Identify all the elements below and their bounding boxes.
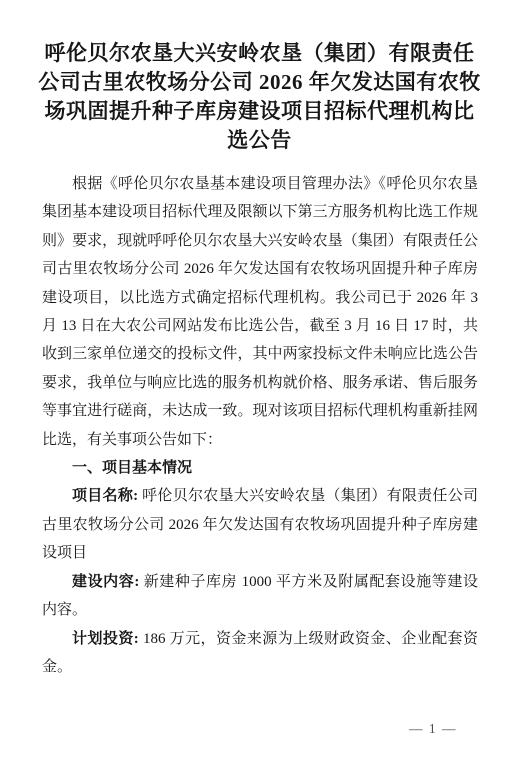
project-name-label: 项目名称: [72,488,138,504]
intro-paragraph: 根据《呼伦贝尔农垦基本建设项目管理办法》《呼伦贝尔农垦集团基本建设项目招标代理及… [42,170,478,454]
section-1-heading: 一、项目基本情况 [42,454,478,482]
investment-paragraph: 计划投资: 186 万元，资金来源为上级财政资金、企业配套资金。 [42,625,478,682]
build-content-paragraph: 建设内容: 新建种子库房 1000 平方米及附属配套设施等建设内容。 [42,568,478,625]
build-content-label: 建设内容: [72,574,139,590]
document-body: 根据《呼伦贝尔农垦基本建设项目管理办法》《呼伦贝尔农垦集团基本建设项目招标代理及… [42,170,478,681]
project-name-paragraph: 项目名称: 呼伦贝尔农垦大兴安岭农垦（集团）有限责任公司古里农牧场分公司 202… [42,482,478,567]
investment-label: 计划投资: [72,631,139,647]
document-title: 呼伦贝尔农垦大兴安岭农垦（集团）有限责任公司古里农牧场分公司 2026 年欠发达… [34,39,485,155]
page-number: — 1 — [409,721,457,737]
document-page: 呼伦贝尔农垦大兴安岭农垦（集团）有限责任公司古里农牧场分公司 2026 年欠发达… [0,0,519,763]
